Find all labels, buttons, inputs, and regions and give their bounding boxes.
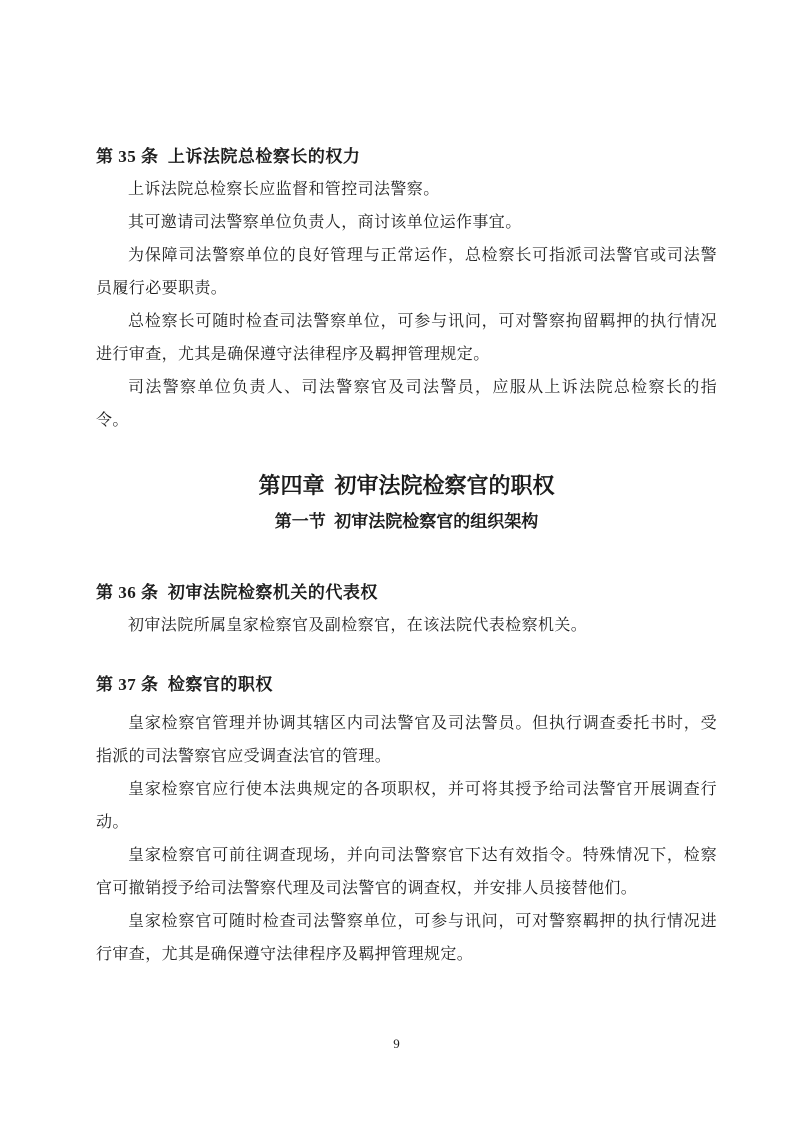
article-35-heading: 第 35 条上诉法院总检察长的权力	[96, 140, 717, 173]
article-35-number: 第 35 条	[96, 147, 159, 166]
article-35-paragraph-4: 总检察长可随时检查司法警察单位，可参与讯问，可对警察拘留羁押的执行情况进行审查，…	[96, 305, 717, 371]
chapter-4-heading: 第四章初审法院检察官的职权	[96, 467, 717, 505]
article-36: 第 36 条初审法院检察机关的代表权 初审法院所属皇家检察官及副检察官，在该法院…	[96, 576, 717, 642]
article-35-paragraph-1: 上诉法院总检察长应监督和管控司法警察。	[96, 173, 717, 206]
document-page: 第 35 条上诉法院总检察长的权力 上诉法院总检察长应监督和管控司法警察。 其可…	[0, 0, 793, 1122]
article-36-number: 第 36 条	[96, 583, 159, 602]
chapter-4-title: 初审法院检察官的职权	[334, 473, 554, 498]
section-1-number: 第一节	[275, 512, 326, 531]
article-37-paragraph-2: 皇家检察官应行使本法典规定的各项职权，并可将其授予给司法警官开展调查行动。	[96, 773, 717, 839]
document-content: 第 35 条上诉法院总检察长的权力 上诉法院总检察长应监督和管控司法警察。 其可…	[96, 140, 717, 971]
article-36-heading: 第 36 条初审法院检察机关的代表权	[96, 576, 717, 609]
article-37-paragraph-4: 皇家检察官可随时检查司法警察单位，可参与讯问，可对警察羁押的执行情况进行审查，尤…	[96, 905, 717, 971]
article-36-title: 初审法院检察机关的代表权	[168, 583, 378, 602]
chapter-4-number: 第四章	[259, 473, 325, 498]
article-35-paragraph-2: 其可邀请司法警察单位负责人，商讨该单位运作事宜。	[96, 206, 717, 239]
article-37-heading: 第 37 条检察官的职权	[96, 668, 717, 701]
section-1-heading: 第一节初审法院检察官的组织架构	[96, 505, 717, 538]
article-35-paragraph-3: 为保障司法警察单位的良好管理与正常运作，总检察长可指派司法警官或司法警员履行必要…	[96, 239, 717, 305]
article-37-paragraph-1: 皇家检察官管理并协调其辖区内司法警官及司法警员。但执行调查委托书时，受指派的司法…	[96, 707, 717, 773]
article-36-paragraph-1: 初审法院所属皇家检察官及副检察官，在该法院代表检察机关。	[96, 609, 717, 642]
article-37-paragraph-3: 皇家检察官可前往调查现场，并向司法警察官下达有效指令。特殊情况下，检察官可撤销授…	[96, 839, 717, 905]
article-37: 第 37 条检察官的职权 皇家检察官管理并协调其辖区内司法警官及司法警员。但执行…	[96, 668, 717, 971]
page-number: 9	[0, 1036, 793, 1052]
article-37-number: 第 37 条	[96, 675, 159, 694]
section-1-title: 初审法院检察官的组织架构	[334, 512, 538, 531]
article-35-title: 上诉法院总检察长的权力	[168, 147, 361, 166]
article-37-title: 检察官的职权	[168, 675, 273, 694]
article-35-paragraph-5: 司法警察单位负责人、司法警察官及司法警员，应服从上诉法院总检察长的指令。	[96, 371, 717, 437]
article-35: 第 35 条上诉法院总检察长的权力 上诉法院总检察长应监督和管控司法警察。 其可…	[96, 140, 717, 437]
